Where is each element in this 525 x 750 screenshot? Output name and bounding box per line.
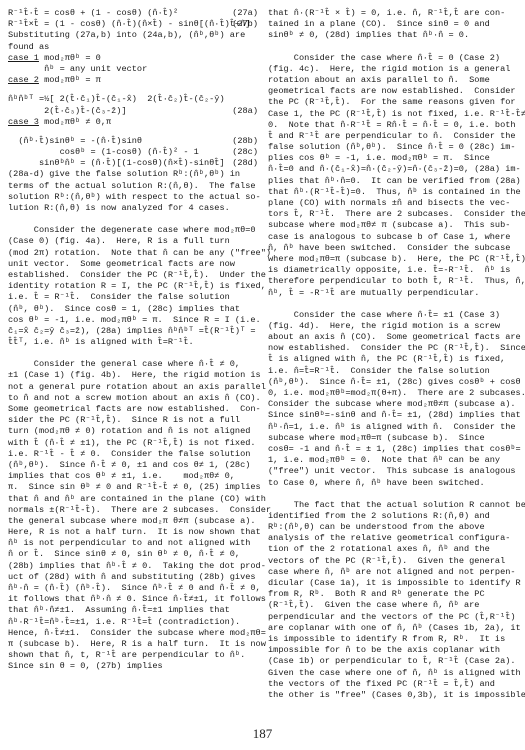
text-line: n̂ᵇ is not perpendicular to and not alig… [8,538,258,549]
text-line: is impossible to identify R from R, Rᵇ. … [268,634,518,645]
text-line: cosθ= -1 and n̂·t̂ = ± 1, (28c) implies … [268,444,518,455]
text-line: Consider the subcase where mod₂πθ≠π (sub… [268,399,518,410]
text-line: (Case 0) (fig. 4a). Here, R is a full tu… [8,236,258,247]
text-line: vectors of the PC (R⁻¹t̂,t̂). Given the … [268,556,518,567]
text-line: plane (CO) with normals ±n̂ and bisects … [268,198,518,209]
text-line: Since sinθᵇ=-sinθ and n̂·t̂= ±1, (28d) i… [268,410,518,421]
text-line: subcase where mod₂πθ≠ π (subcase a). Thi… [268,220,518,231]
text-line: solution Rᵇ:(n̂,θᵇ) with respect to the … [8,192,258,203]
equation: R⁻¹t̂×t̂ = (1 - cosθ) (n̂·t̂)(n̂×t̂) - s… [8,19,258,30]
text-line: t̂t̂ᵀ, i.e. n̂ᵇ is aligned with t̂=R⁻¹t̂… [8,337,258,348]
text-line: The fact that the actual solution R cann… [268,500,518,511]
text-line: where mod₂πθ=π (subcase b). Here, the PC… [268,254,518,265]
text-line: (n̂ᵇ, θᵇ). Since cosθ = 1, (28c) implies… [8,304,258,315]
text-line: rotation about an axis parallel to n̂. S… [268,75,518,86]
case-label: case 2 [8,75,39,85]
text-line: tained in a plane (CO). Since sinθ = 0 a… [268,19,518,30]
text-line: therefore perpendicular to both t̂, R⁻¹t… [268,276,518,287]
text-line: is diametrically opposite, i.e. t̂=-R⁻¹t… [268,265,518,276]
text-line: established. Consider the PC (R⁻¹t̂,t̂).… [8,270,258,281]
text-line: about an axis n̂ (CO). Some geometrical … [268,332,518,343]
text-line: n̂ᵇn̂ᵇᵀ =½[ 2(t̂·ĉ₁)t̂-(ĉ₁-x̂) 2(t̂·ĉ₂)t… [8,94,258,105]
text-line: dicular (Case 1a), it is impossible to i… [268,578,518,589]
text-line: (28b) implies that n̂ᵇ·t̂ ≠ 0. Taking th… [8,561,258,572]
text-line: the other is "free" (Cases 0,3b), it is … [268,690,518,701]
text-line: n̂, n̂ᵇ have been switched. Consider the… [268,243,518,254]
equation-number: (27a) [232,8,258,19]
text-line: unit vector. Some geometrical facts are … [8,259,258,270]
text-line: 0. Note that n̂·R⁻¹t̂ = Rn̂·t̂ = n̂·t̂ =… [268,120,518,131]
text-line: with t̂ (n̂·t̂ ≠ ±1), the PC (R⁻¹t̂,t̂) … [8,438,258,449]
text-line: analysis of the relative geometrical con… [268,533,518,544]
text-line: i.e. R⁻¹t̂ - t̂ ≠ 0. Consider the false … [8,449,258,460]
paragraph-break [8,348,258,359]
text-line: normals ±(R⁻¹t̂-t̂). There are 2 subcase… [8,505,258,516]
equation-number: (28b) [232,136,258,147]
text-line: n̂ or t̂. Since sinθ ≠ 0, sin θᵇ ≠ 0, n̂… [8,549,258,560]
text-line: t̂ is aligned with n̂, the PC (R⁻¹t̂,t̂)… [268,354,518,365]
text-line: ("free") unit vector. This subcase is an… [268,466,518,477]
text-line: false solution (n̂ᵇ,θᵇ). Since n̂·t̂ = 0… [268,142,518,153]
text-line: Case 1, the PC (R⁻¹t̂,t̂) is not fixed, … [268,109,518,120]
text-line: (28a-d) give the false solution Rᵇ:(n̂ᵇ,… [8,169,258,180]
equation: cosθᵇ = (1-cosθ) (n̂·t̂)² - 1(28c) [8,147,258,158]
text-line: i.e. n̂=t̂=R⁻¹t̂. Consider the false sol… [268,366,518,377]
case-heading: case 3 mod₂πθᵇ ≠ 0,π [8,117,258,128]
left-column: R⁻¹t̂·t̂ = cosθ + (1 - cosθ) (n̂·t̂)²(27… [8,8,258,673]
equation-text: cosθᵇ = (1-cosθ) (n̂·t̂)² - 1 [8,147,199,157]
text-line: π (subcase b). Here, R is a half turn. I… [8,639,258,650]
text-line: n̂ᵇ·R⁻¹t̂=n̂ᵇ·t̂=±1, i.e. R⁻¹t̂=t̂ (cont… [8,617,258,628]
equation-text: 2(t̂·ĉ₃)t̂-(ĉ₃-ẑ)] [8,106,127,116]
right-column: that n̂·(R⁻¹t̂ × t̂) = 0, i.e. n̂, R⁻¹t̂… [268,8,518,701]
text-line: (fig. 4d). Here, the rigid motion is a s… [268,321,518,332]
case-label: case 3 [8,117,39,127]
case-condition: mod₂πθᵇ = 0 [39,53,101,63]
text-line: sider the PC (R⁻¹t̂,t̂). Since R is not … [8,415,258,426]
text-line: to n̂ and not a screw motion about an ax… [8,393,258,404]
equation: R⁻¹t̂·t̂ = cosθ + (1 - cosθ) (n̂·t̂)²(27… [8,8,258,19]
text-line: that n̂ᵇ·n̂≠±1. Assuming n̂·t̂=±1 implie… [8,605,258,616]
text-line: (R⁻¹t̂,t̂). Given the case where n̂, n̂ᵇ… [268,600,518,611]
text-line: not a general pure rotation about an axi… [8,382,258,393]
text-line: the vectors of the fixed PC (R⁻¹t̂ = t̂,… [268,679,518,690]
text-line: n̂ᵇ·n̂ = (n̂·t̂) (n̂ᵇ·t̂). Since n̂ᵇ·t̂ … [8,583,258,594]
text-line: (fig. 4c). Here, the rigid motion is a g… [268,64,518,75]
text-line: n̂·t̂=0 and n̂·(ĉ₁-x̂)=n̂·(ĉ₂-ŷ)=n̂·(ĉ₃-… [268,164,518,175]
text-line: geometrical facts are now established. C… [268,86,518,97]
case-label: case 1 [8,53,39,63]
text-line: 0, i.e. mod₂πθᵇ=mod₂π(θ+π). There are 2 … [268,388,518,399]
equation: 2(t̂·ĉ₃)t̂-(ĉ₃-ẑ)](28a) [8,106,258,117]
text-line: uct of (28d) with n̂ and substituting (2… [8,572,258,583]
text-line: subcase where mod₂πθ=π (subcase b). Sinc… [268,433,518,444]
text-line: the PC (R⁻¹t̂,t̂). For the same reasons … [268,97,518,108]
text-line: plies that n̂ᵇ·n̂=0. It can be verified … [268,176,518,187]
text-line: turn (mod₂πθ ≠ 0) rotation and n̂ is not… [8,426,258,437]
text-line: perpendicular and the vectors of the PC … [268,612,518,623]
text-line: to Case 0, where n̂, n̂ᵇ have been switc… [268,478,518,489]
text-line: Consider the degenerate case where mod₂π… [8,225,258,236]
text-line: (mod 2π) rotation. Note that n̂ can be a… [8,248,258,259]
text-line: n̂ᵇ·n̂=1, i.e. n̂ᵇ is aligned with n̂. C… [268,422,518,433]
equation-text: R⁻¹t̂·t̂ = cosθ + (1 - cosθ) (n̂·t̂)² [8,8,178,18]
text-line: Here, R is not a half turn. It is now sh… [8,527,258,538]
text-line: tion of the 2 rotational axes n̂, n̂ᵇ an… [268,544,518,555]
equation-text: sinθᵇn̂ᵇ = (n̂·t̂)[(1-cosθ)(n̂×t̂)-sinθt… [8,158,225,168]
text-line: found as [8,42,258,53]
text-line: π. Since sin θᵇ ≠ 0 and R⁻¹t̂-t̂ ≠ 0, (2… [8,482,258,493]
paragraph-break [268,299,518,310]
equation-text: R⁻¹t̂×t̂ = (1 - cosθ) (n̂·t̂)(n̂×t̂) - s… [8,19,250,29]
text-line: shown that n̂, t, R⁻¹t̂ are perpendicula… [8,650,258,661]
text-line: (n̂ᵇ,θᵇ). Since n̂·t̂= ±1, (28c) gives c… [268,377,518,388]
text-line: Since sin θ = 0, (27b) implies [8,661,258,672]
text-line: ĉ₁=x̂ ĉ₂=ŷ ĉ₃=ẑ), (28a) implies n̂ᵇn̂ᵇᵀ … [8,326,258,337]
equation-number: (27b) [232,19,258,30]
text-line: (Case 1b) or perpendicular to t̂, R⁻¹t̂ … [268,656,518,667]
text-line: Some geometrical facts are now establish… [8,404,258,415]
text-line: n̂ᵇ, t̂ = -R⁻¹t̂ are mutually perpendicu… [268,288,518,299]
text-line: plies cos θᵇ = -1, i.e. mod₂πθᵇ = π. Sin… [268,153,518,164]
text-line: Rᵇ:(n̂ᵇ,θ) can be understood from the ab… [268,522,518,533]
text-line: case where n̂, n̂ᵇ are not aligned and n… [268,567,518,578]
case-condition: mod₂πθᵇ ≠ 0,π [39,117,111,127]
text-line: from R, Rᵇ. Both R and Rᵇ generate the P… [268,589,518,600]
spacer [8,128,258,136]
text-line: Substituting (27a,b) into (24a,b), (n̂ᵇ,… [8,30,258,41]
paragraph-break [268,42,518,53]
case-heading: case 2 mod₂πθᵇ = π [8,75,258,86]
text-line: tors t̂, R⁻¹t̂. There are 2 subcases. Co… [268,209,518,220]
text-line: it follows that n̂ᵇ·n̂ ≠ 0. Since n̂·t̂≠… [8,594,258,605]
text-line: that n̂ᵇ·(R⁻¹t̂-t̂)=0. Thus, n̂ᵇ is cont… [268,187,518,198]
text-line: the general subcase where mod₂π θ≠π (sub… [8,516,258,527]
text-line: t̂ and R⁻¹t̂ are perpendicular to n̂. Co… [268,131,518,142]
paragraph-break [8,214,258,225]
text-line: i.e. t̂ = R⁻¹t̂. Consider the false solu… [8,292,258,303]
text-line: Given the case where one of n̂, n̂ᵇ is a… [268,668,518,679]
equation-text: (n̂ᵇ·t̂)sinθᵇ = -(n̂·t̂)sinθ [8,136,142,146]
text-line: case is analogous to subcase b of Case 1… [268,232,518,243]
text-line: n̂ᵇ = any unit vector [8,64,258,75]
text-line: implies that cos θᵇ ≠ ±1, i.e. mod₂πθ≠ 0… [8,471,258,482]
text-line: that n̂ and n̂ᵇ are contained in the pla… [8,494,258,505]
text-line: ±1 (Case 1) (fig. 4b). Here, the rigid m… [8,370,258,381]
text-line: (n̂ᵇ,θᵇ). Since n̂·t̂ ≠ 0, ±1 and cos θ≠… [8,460,258,471]
text-line: Consider the general case where n̂·t̂ ≠ … [8,359,258,370]
equation-number: (28a) [232,106,258,117]
text-line: identity rotation R = I, the PC (R⁻¹t̂,t… [8,281,258,292]
text-line: Hence, n̂·t̂≠±1. Consider the subcase wh… [8,628,258,639]
text-line: that n̂·(R⁻¹t̂ × t̂) = 0, i.e. n̂, R⁻¹t̂… [268,8,518,19]
equation-number: (28c) [232,147,258,158]
text-line: cos θᵇ = -1, i.e. mod₂πθᵇ = π. Since R =… [8,315,258,326]
text-line: are coplanar with one of n̂, n̂ᵇ (Cases … [268,623,518,634]
paragraph-break [268,489,518,500]
text-line: lution R:(n̂,θ) is now analyzed for 4 ca… [8,203,258,214]
page-number: 187 [0,726,525,742]
text-line: identified from the 2 solutions R:(n̂,θ)… [268,511,518,522]
text-line: 1, i.e. mod₂πθᵇ = 0. Note that n̂ᵇ can b… [268,455,518,466]
text-line: terms of the actual solution R:(n̂,θ). T… [8,181,258,192]
case-heading: case 1 mod₂πθᵇ = 0 [8,53,258,64]
text-line: Consider the case where n̂·t̂= ±1 (Case … [268,310,518,321]
case-condition: mod₂πθᵇ = π [39,75,101,85]
text-line: Consider the case where n̂·t̂ = 0 (Case … [268,53,518,64]
text-line: sinθᵇ ≠ 0, (28d) implies that n̂ᵇ·n̂ = 0… [268,30,518,41]
text-line: impossible for n̂ to be the axis coplana… [268,645,518,656]
equation-number: (28d) [232,158,258,169]
equation: sinθᵇn̂ᵇ = (n̂·t̂)[(1-cosθ)(n̂×t̂)-sinθt… [8,158,258,169]
equation: (n̂ᵇ·t̂)sinθᵇ = -(n̂·t̂)sinθ(28b) [8,136,258,147]
text-line: now established. Consider the PC (R⁻¹t̂,… [268,343,518,354]
